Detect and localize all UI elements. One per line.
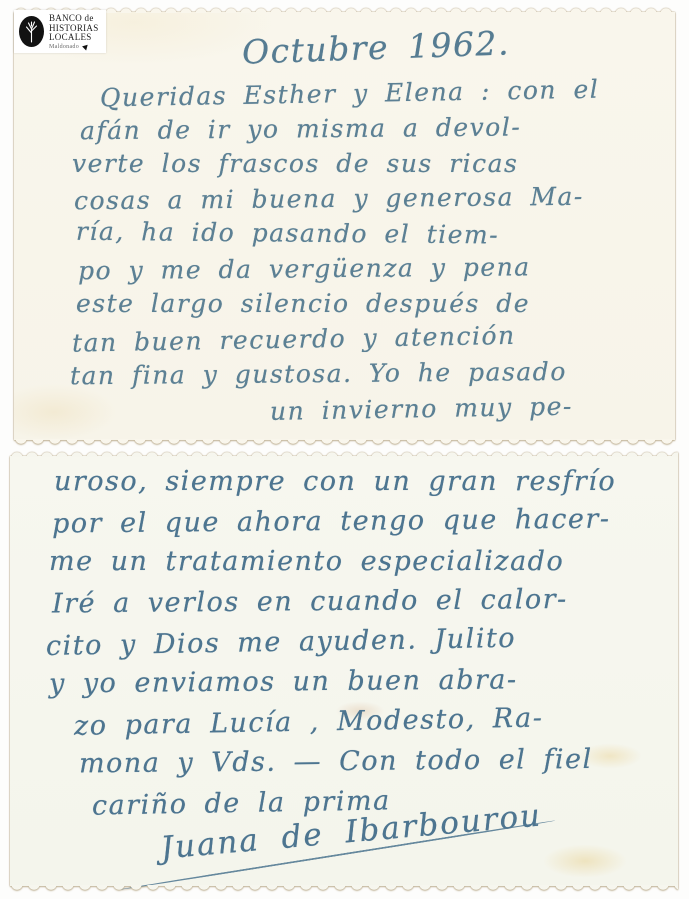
logo-pointer-icon [81,43,87,50]
handwritten-line: afán de ir yo misma a devol- [80,109,600,149]
tree-icon [19,16,44,47]
letter-page-1-wrap: Octubre 1962. Queridas Esther y Elena : … [14,12,675,440]
page-2-text: uroso, siempre con un gran resfrío por e… [24,462,616,822]
handwritten-line: po y me da vergüenza y pena [78,249,600,289]
letter-scan: Octubre 1962. Queridas Esther y Elena : … [0,0,689,899]
logo-text: BANCO de HISTORIAS LOCALES Maldonado [49,14,99,50]
logo-line-3: LOCALES [49,33,99,43]
handwritten-line: me un tratamiento especializado [49,542,616,582]
letter-page-1: Octubre 1962. Queridas Esther y Elena : … [14,12,675,440]
handwritten-line: y yo enviamos un buen abra- [49,660,616,705]
page-1-text: Queridas Esther y Elena : con el afán de… [30,76,599,426]
handwritten-line: este largo silencio después de [76,286,599,321]
handwritten-line: tan fina y gustosa. Yo he pasado [70,354,600,394]
handwritten-line: cosas a mi buena y generosa Ma- [74,179,600,219]
archive-logo: BANCO de HISTORIAS LOCALES Maldonado [14,10,106,53]
letter-page-2-wrap: uroso, siempre con un gran resfrío por e… [10,456,678,886]
letter-page-2: uroso, siempre con un gran resfrío por e… [10,456,678,886]
handwritten-line: uroso, siempre con un gran resfrío [54,462,616,502]
logo-subtitle: Maldonado [49,44,79,50]
handwritten-line: por el que ahora tengo que hacer- [52,500,616,545]
handwritten-line: mona y Vds. — Con todo el fiel [79,740,616,785]
handwritten-line: un invierno muy pe- [270,388,600,429]
handwritten-line: zo para Lucía , Modesto, Ra- [74,697,617,746]
letter-date: Octubre 1962. [241,23,510,71]
handwritten-line: verte los frascos de sus ricas [72,146,599,181]
handwritten-line: ría, ha ido pasando el tiem- [76,214,600,254]
